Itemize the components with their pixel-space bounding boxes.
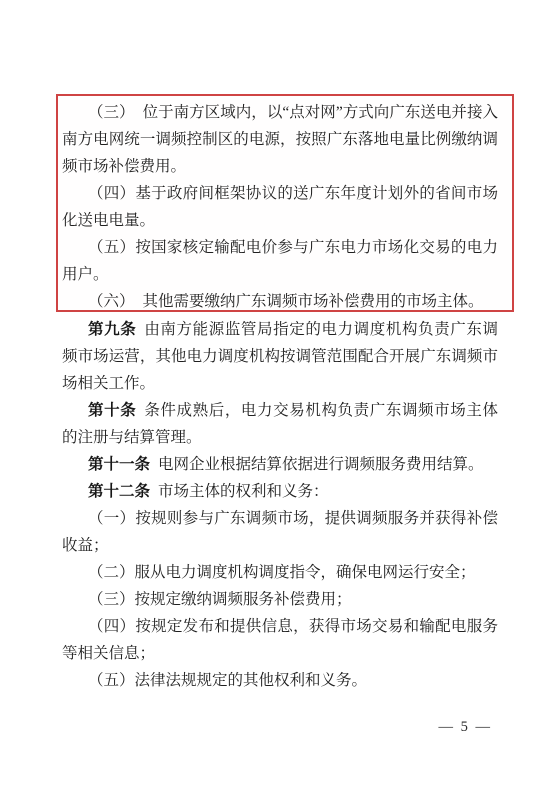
document-body: 第九条由南方能源监管局指定的电力调度机构负责广东调频市场运营，其他电力调度机构按… [62,316,498,694]
obligation-item-5: （五）法律法规规定的其他权利和义务。 [62,667,498,694]
obligation-item-2: （二）服从电力调度机构调度指令，确保电网运行安全； [62,559,498,586]
article-number-label: 第十一条 [88,456,150,473]
article-text: 市场主体的权利和义务： [158,483,329,500]
obligation-item-1: （一）按规则参与广东调频市场，提供调频服务并获得补偿收益； [62,505,498,559]
item-text: （五）按国家核定输配电价参与广东电力市场化交易的电力用户。 [62,239,498,283]
article-number-label: 第十条 [88,402,136,419]
document-page: （三）位于南方区域内，以“点对网”方式向广东送电并接入南方电网统一调频控制区的电… [0,0,560,791]
article-11: 第十一条电网企业根据结算依据进行调频服务费用结算。 [62,451,498,478]
page-number: — 5 — [439,719,493,736]
article-9: 第九条由南方能源监管局指定的电力调度机构负责广东调频市场运营，其他电力调度机构按… [62,316,498,397]
item-text: 其他需要缴纳广东调频市场补偿费用的市场主体。 [143,293,484,310]
item-number-label: （六） [88,293,135,310]
article-10: 第十条条件成熟后，电力交易机构负责广东调频市场主体的注册与结算管理。 [62,397,498,451]
annotation-highlight-box: （三）位于南方区域内，以“点对网”方式向广东送电并接入南方电网统一调频控制区的电… [56,94,514,312]
highlight-item-3: （三）位于南方区域内，以“点对网”方式向广东送电并接入南方电网统一调频控制区的电… [62,99,498,180]
highlight-item-4: （四）基于政府间框架协议的送广东年度计划外的省间市场化送电电量。 [62,180,498,234]
item-text: （四）基于政府间框架协议的送广东年度计划外的省间市场化送电电量。 [62,185,498,229]
article-number-label: 第十二条 [88,483,150,500]
highlight-item-6: （六）其他需要缴纳广东调频市场补偿费用的市场主体。 [62,288,498,315]
article-number-label: 第九条 [88,321,136,338]
highlight-item-5: （五）按国家核定输配电价参与广东电力市场化交易的电力用户。 [62,234,498,288]
item-text: （二）服从电力调度机构调度指令，确保电网运行安全； [88,564,476,581]
obligation-item-3: （三）按规定缴纳调频服务补偿费用； [62,586,498,613]
item-text: （四）按规定发布和提供信息，获得市场交易和输配电服务等相关信息； [62,618,498,662]
item-text: （三）按规定缴纳调频服务补偿费用； [88,591,352,608]
obligation-item-4: （四）按规定发布和提供信息，获得市场交易和输配电服务等相关信息； [62,613,498,667]
article-12: 第十二条市场主体的权利和义务： [62,478,498,505]
item-number-label: （三） [88,104,135,121]
item-text: （五）法律法规规定的其他权利和义务。 [88,672,367,689]
item-text: （一）按规则参与广东调频市场，提供调频服务并获得补偿收益； [62,510,498,554]
article-text: 电网企业根据结算依据进行调频服务费用结算。 [158,456,484,473]
